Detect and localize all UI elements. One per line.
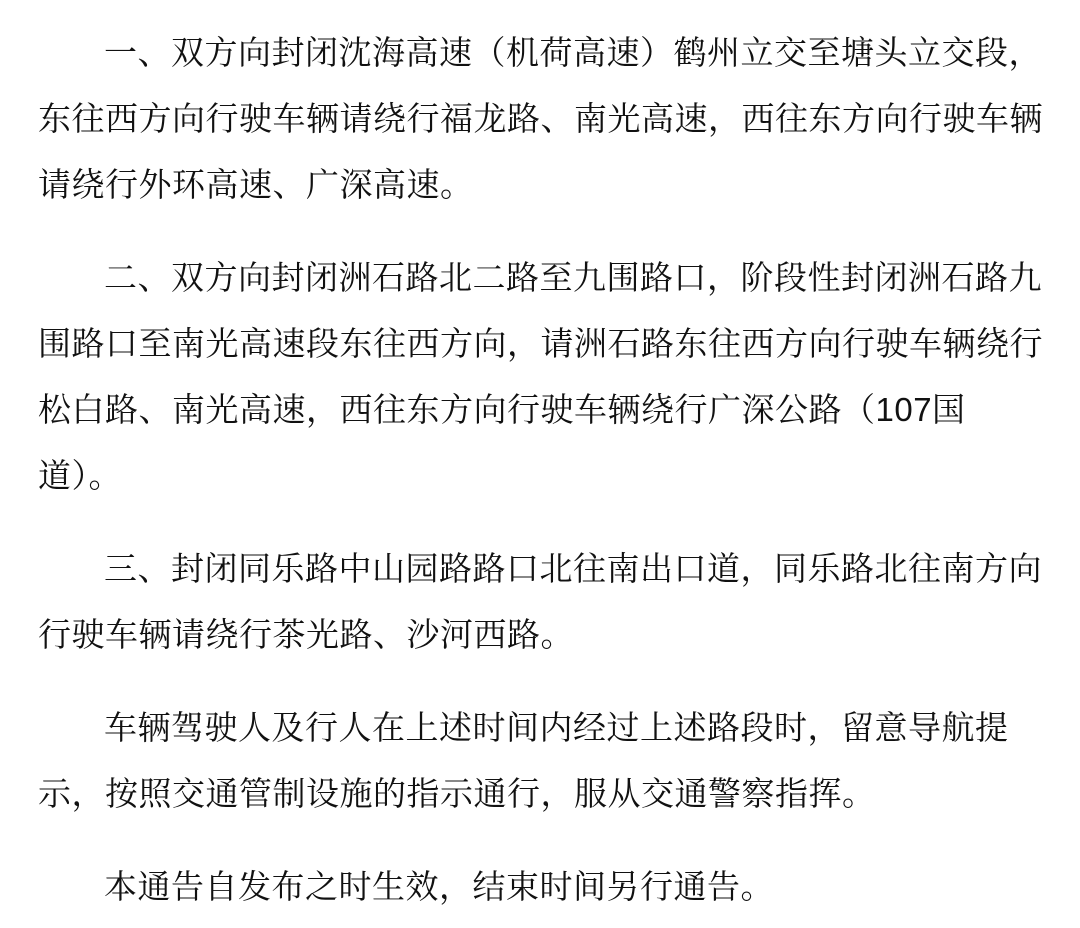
text-line: 本通告自发布之时生效，结束时间另行通告。 xyxy=(38,854,1046,920)
text-line: 三、封闭同乐路中山园路路口北往南出口道，同乐路北往南方向 xyxy=(38,536,1046,602)
notice-paragraph: 三、封闭同乐路中山园路路口北往南出口道，同乐路北往南方向行驶车辆请绕行茶光路、沙… xyxy=(38,536,1046,668)
text-line: 道）。 xyxy=(38,443,1046,509)
text-line: 请绕行外环高速、广深高速。 xyxy=(38,152,1046,218)
notice-paragraph: 本通告自发布之时生效，结束时间另行通告。 xyxy=(38,854,1046,920)
text-line: 车辆驾驶人及行人在上述时间内经过上述路段时，留意导航提 xyxy=(38,695,1046,761)
notice-paragraph: 一、双方向封闭沈海高速（机荷高速）鹤州立交至塘头立交段，东往西方向行驶车辆请绕行… xyxy=(38,20,1046,218)
text-line: 二、双方向封闭洲石路北二路至九围路口，阶段性封闭洲石路九 xyxy=(38,245,1046,311)
text-line: 行驶车辆请绕行茶光路、沙河西路。 xyxy=(38,602,1046,668)
text-line: 一、双方向封闭沈海高速（机荷高速）鹤州立交至塘头立交段， xyxy=(38,20,1046,86)
notice-body: 一、双方向封闭沈海高速（机荷高速）鹤州立交至塘头立交段，东往西方向行驶车辆请绕行… xyxy=(38,20,1046,920)
notice-paragraph: 车辆驾驶人及行人在上述时间内经过上述路段时，留意导航提示，按照交通管制设施的指示… xyxy=(38,695,1046,827)
text-line: 示，按照交通管制设施的指示通行，服从交通警察指挥。 xyxy=(38,761,1046,827)
text-line: 松白路、南光高速，西往东方向行驶车辆绕行广深公路（107国 xyxy=(38,377,1046,443)
notice-document: 一、双方向封闭沈海高速（机荷高速）鹤州立交至塘头立交段，东往西方向行驶车辆请绕行… xyxy=(0,0,1080,928)
text-line: 围路口至南光高速段东往西方向，请洲石路东往西方向行驶车辆绕行 xyxy=(38,311,1046,377)
text-line: 东往西方向行驶车辆请绕行福龙路、南光高速，西往东方向行驶车辆 xyxy=(38,86,1046,152)
notice-paragraph: 二、双方向封闭洲石路北二路至九围路口，阶段性封闭洲石路九围路口至南光高速段东往西… xyxy=(38,245,1046,509)
